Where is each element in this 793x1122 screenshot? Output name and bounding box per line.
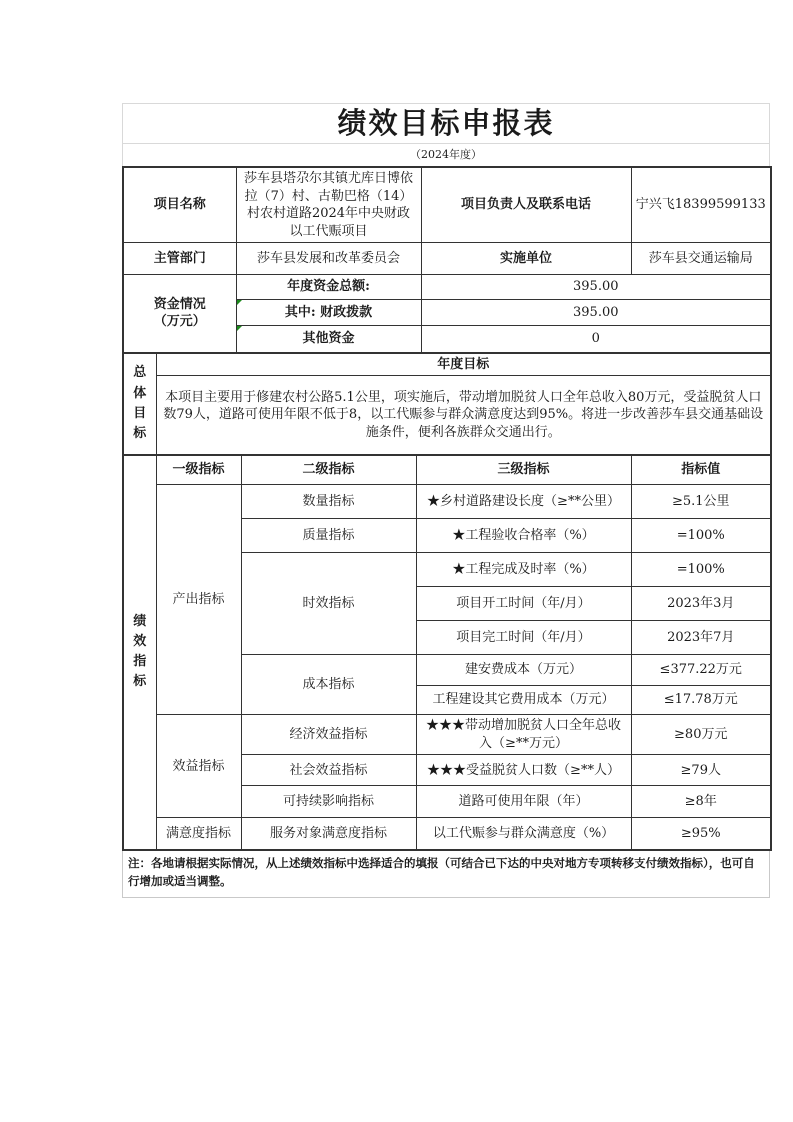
indicator-value: ≥79人 <box>631 755 771 786</box>
footnote: 注：各地请根据实际情况，从上述绩效指标中选择适合的填报（可结合已下达的中央对地方… <box>122 851 770 898</box>
table-row: 效益指标 经济效益指标 ★★★带动增加脱贫人口全年总收入（≥**万元） ≥80万… <box>123 715 771 755</box>
table-row: 产出指标 数量指标 ★乡村道路建设长度（≥**公里） ≥5.1公里 <box>123 485 771 519</box>
header-level1: 一级指标 <box>156 455 241 485</box>
indicator-value: =100% <box>631 519 771 553</box>
indicator-value: 2023年3月 <box>631 587 771 621</box>
indicator-name: 以工代赈参与群众满意度（%） <box>416 818 631 850</box>
indicator-value: ≤17.78万元 <box>631 686 771 715</box>
dept-label: 主管部门 <box>123 243 236 275</box>
indicator-value: ≥95% <box>631 818 771 850</box>
indicator-value: ≤377.22万元 <box>631 655 771 686</box>
indicator-value: ≥80万元 <box>631 715 771 755</box>
table-row: 主管部门 莎车县发展和改革委员会 实施单位 莎车县交通运输局 <box>123 243 771 275</box>
funding-other-label-text: 其他资金 <box>302 331 354 346</box>
overall-goal-table: 总体目标 年度目标 本项目主要用于修建农村公路5.1公里，项实施后，带动增加脱贫… <box>122 352 772 456</box>
indicator-name: 道路可使用年限（年） <box>416 786 631 818</box>
dept-value: 莎车县发展和改革委员会 <box>236 243 421 275</box>
indicator-value: ≥5.1公里 <box>631 485 771 519</box>
indicator-name: ★★★受益脱贫人口数（≥**人） <box>416 755 631 786</box>
impl-unit-value: 莎车县交通运输局 <box>631 243 771 275</box>
funding-fiscal-value: 395.00 <box>421 300 771 326</box>
header-level2: 二级指标 <box>241 455 416 485</box>
indicator-name: 工程建设其它费用成本（万元） <box>416 686 631 715</box>
level2-quality: 质量指标 <box>241 519 416 553</box>
table-row: 绩效指标 一级指标 二级指标 三级指标 指标值 <box>123 455 771 485</box>
indicator-name: ★工程完成及时率（%） <box>416 553 631 587</box>
level2-timeliness: 时效指标 <box>241 553 416 655</box>
project-name-label: 项目名称 <box>123 167 236 243</box>
perf-vertical-text: 绩效指标 <box>132 612 147 693</box>
funding-total-label: 年度资金总额: <box>236 275 421 300</box>
level2-quantity: 数量指标 <box>241 485 416 519</box>
indicator-name: ★乡村道路建设长度（≥**公里） <box>416 485 631 519</box>
funding-section-label: 资金情况 （万元） <box>123 275 236 353</box>
indicator-value: 2023年7月 <box>631 621 771 655</box>
annual-goal-header: 年度目标 <box>156 353 771 376</box>
indicator-name: ★工程验收合格率（%） <box>416 519 631 553</box>
indicator-name: 建安费成本（万元） <box>416 655 631 686</box>
table-row: 满意度指标 服务对象满意度指标 以工代赈参与群众满意度（%） ≥95% <box>123 818 771 850</box>
overall-goal-side-label: 总体目标 <box>123 353 156 455</box>
form-year-subtitle: （2024年度） <box>122 143 770 166</box>
funding-fiscal-label-text: 其中: 财政拨款 <box>285 305 372 320</box>
manager-value: 宁兴飞18399599133 <box>631 167 771 243</box>
perf-side-label: 绩效指标 <box>123 455 156 850</box>
funding-fiscal-label: 其中: 财政拨款 <box>236 300 421 326</box>
funding-other-label: 其他资金 <box>236 326 421 353</box>
indicator-name: ★★★带动增加脱贫人口全年总收入（≥**万元） <box>416 715 631 755</box>
level1-benefit: 效益指标 <box>156 715 241 818</box>
annual-goal-text: 本项目主要用于修建农村公路5.1公里，项实施后，带动增加脱贫人口全年总收入80万… <box>156 376 771 455</box>
impl-unit-label: 实施单位 <box>421 243 631 275</box>
indicator-value: ≥8年 <box>631 786 771 818</box>
level2-social: 社会效益指标 <box>241 755 416 786</box>
indicator-value: =100% <box>631 553 771 587</box>
funding-total-value: 395.00 <box>421 275 771 300</box>
level2-cost: 成本指标 <box>241 655 416 715</box>
table-row: 资金情况 （万元） 年度资金总额: 395.00 <box>123 275 771 300</box>
table-row: 本项目主要用于修建农村公路5.1公里，项实施后，带动增加脱贫人口全年总收入80万… <box>123 376 771 455</box>
indicator-name: 项目完工时间（年/月） <box>416 621 631 655</box>
header-value: 指标值 <box>631 455 771 485</box>
level2-economic: 经济效益指标 <box>241 715 416 755</box>
table-row: 总体目标 年度目标 <box>123 353 771 376</box>
level2-sustainable: 可持续影响指标 <box>241 786 416 818</box>
cell-flag-icon <box>237 300 242 305</box>
document-page: 绩效目标申报表 （2024年度） 项目名称 莎车县塔尕尔其镇尤库日博依拉（7）村… <box>122 103 770 898</box>
indicator-name: 项目开工时间（年/月） <box>416 587 631 621</box>
performance-indicators-table: 绩效指标 一级指标 二级指标 三级指标 指标值 产出指标 数量指标 ★乡村道路建… <box>122 454 772 851</box>
project-info-table: 项目名称 莎车县塔尕尔其镇尤库日博依拉（7）村、古勒巴格（14）村农村道路202… <box>122 166 772 354</box>
table-row: 项目名称 莎车县塔尕尔其镇尤库日博依拉（7）村、古勒巴格（14）村农村道路202… <box>123 167 771 243</box>
project-name-value: 莎车县塔尕尔其镇尤库日博依拉（7）村、古勒巴格（14）村农村道路2024年中央财… <box>236 167 421 243</box>
funding-other-value: 0 <box>421 326 771 353</box>
cell-flag-icon <box>237 326 242 331</box>
level1-satisfaction: 满意度指标 <box>156 818 241 850</box>
form-title: 绩效目标申报表 <box>122 103 770 143</box>
header-level3: 三级指标 <box>416 455 631 485</box>
level1-output: 产出指标 <box>156 485 241 715</box>
overall-goal-vertical-text: 总体目标 <box>132 363 147 444</box>
manager-label: 项目负责人及联系电话 <box>421 167 631 243</box>
level2-service: 服务对象满意度指标 <box>241 818 416 850</box>
